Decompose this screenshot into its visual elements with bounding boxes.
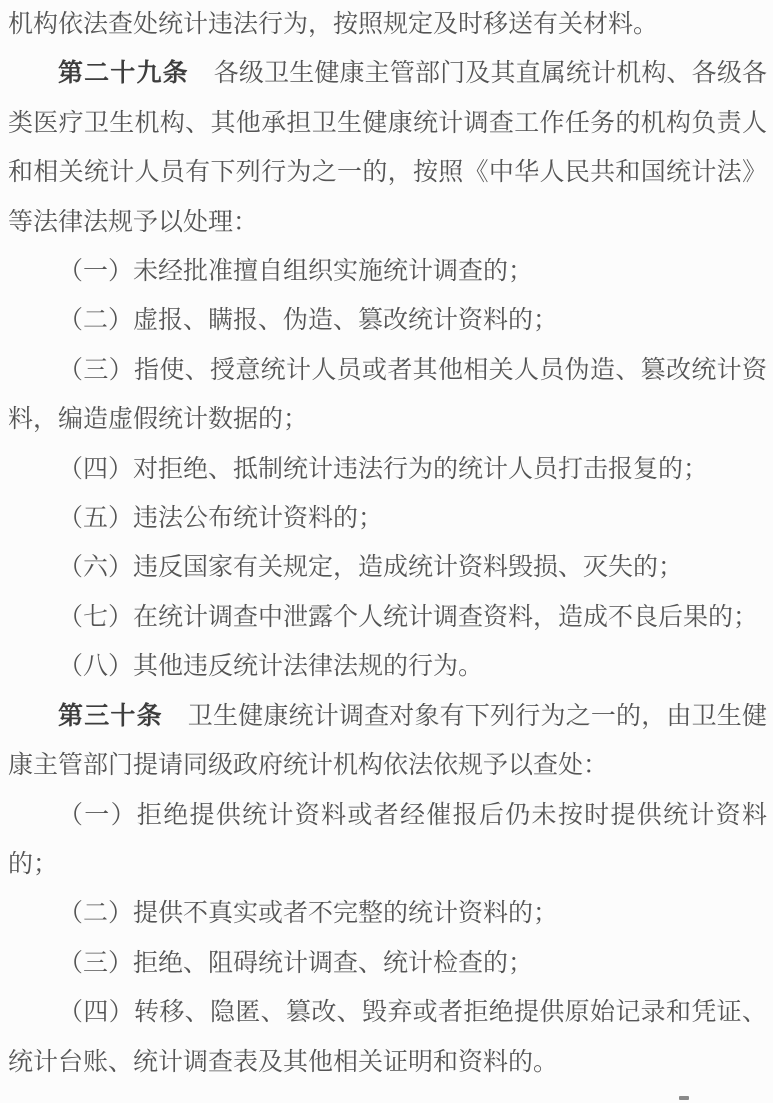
article-30-item-1: （一）拒绝提供统计资料或者经催报后仍未按时提供统计资料的； — [8, 791, 767, 890]
article-29-item-6: （六）违反国家有关规定，造成统计资料毁损、灭失的； — [8, 543, 767, 592]
article-29-item-1: （一）未经批准擅自组织实施统计调查的； — [8, 247, 767, 296]
article-29-paragraph: 第二十九条各级卫生健康主管部门及其直属统计机构、各级各类医疗卫生机构、其他承担卫… — [8, 49, 767, 247]
article-29-item-2: （二）虚报、瞒报、伪造、篡改统计资料的； — [8, 296, 767, 345]
article-29-item-8: （八）其他违反统计法律法规的行为。 — [8, 642, 767, 691]
paragraph-continuation: 机构依法查处统计违法行为，按照规定及时移送有关材料。 — [8, 0, 767, 49]
article-29-item-4: （四）对拒绝、抵制统计违法行为的统计人员打击报复的； — [8, 445, 767, 494]
article-29-number: 第二十九条 — [58, 60, 189, 87]
document-page: 机构依法查处统计违法行为，按照规定及时移送有关材料。 第二十九条各级卫生健康主管… — [0, 0, 773, 1103]
page-number-fragment — [679, 1096, 689, 1100]
article-29-item-3: （三）指使、授意统计人员或者其他相关人员伪造、篡改统计资料，编造虚假统计数据的； — [8, 346, 767, 445]
article-29-item-7: （七）在统计调查中泄露个人统计调查资料，造成不良后果的； — [8, 593, 767, 642]
article-30-item-3: （三）拒绝、阻碍统计调查、统计检查的； — [8, 939, 767, 988]
article-30-number: 第三十条 — [58, 703, 163, 730]
article-30-paragraph: 第三十条卫生健康统计调查对象有下列行为之一的，由卫生健康主管部门提请同级政府统计… — [8, 692, 767, 791]
article-30-item-2: （二）提供不真实或者不完整的统计资料的； — [8, 889, 767, 938]
article-30-item-4: （四）转移、隐匿、篡改、毁弃或者拒绝提供原始记录和凭证、统计台账、统计调查表及其… — [8, 988, 767, 1087]
article-29-item-5: （五）违法公布统计资料的； — [8, 494, 767, 543]
